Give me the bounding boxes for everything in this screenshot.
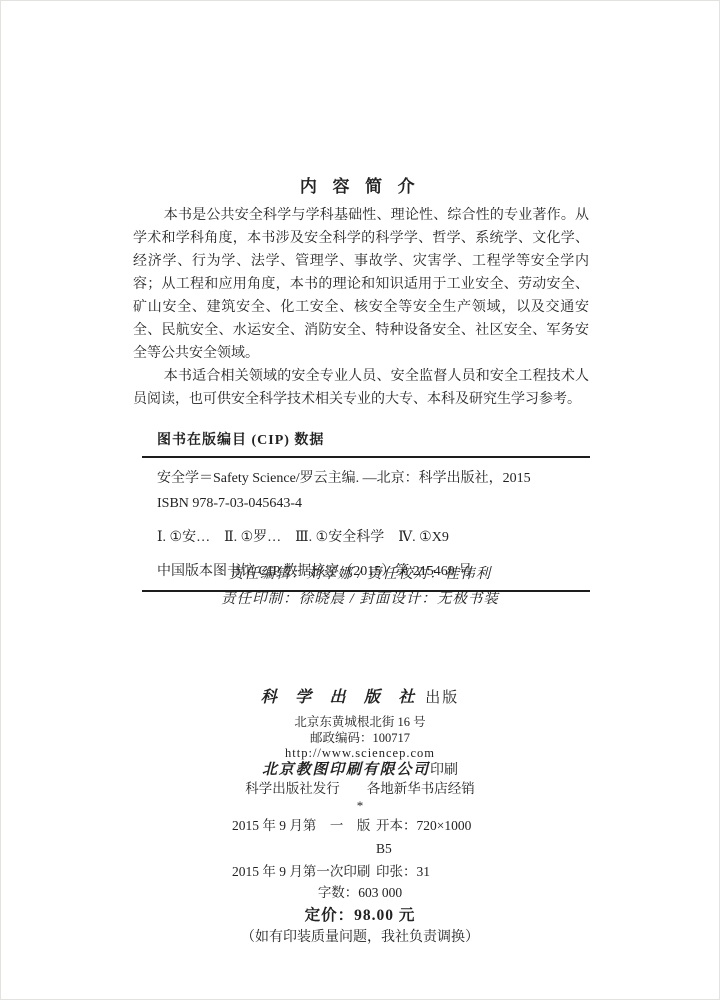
colophon-rows: 2015 年 9 月第 一 版 开本：720×1000 B5 2015 年 9 … [232,814,488,883]
word-count: 字数：603 000 [1,883,719,902]
publisher-url: http://www.sciencep.com [1,746,719,761]
printing-row: 2015 年 9 月第一次印刷 印张：31 [232,860,488,883]
printer-line: 北京教图印刷有限公司印刷 [1,762,719,779]
cip-title-line: 安全学＝Safety Science/罗云主编. —北京：科学出版社，2015 [157,467,590,487]
publisher-colophon-block: 科 学 出 版 社 出版 北京东黄城根北街 16 号 邮政编码：100717 h… [1,688,719,947]
printing-date: 2015 年 9 月第一次印刷 [232,860,376,883]
publisher-postcode: 邮政编码：100717 [1,730,719,746]
distribution-line: 科学出版社发行 各地新华书店经销 [1,780,719,797]
cip-rule-top [142,456,590,458]
cip-heading: 图书在版编目 (CIP) 数据 [157,429,590,449]
format-spec: 开本：720×1000 B5 [376,814,488,860]
separator-star: * [1,799,719,812]
intro-body: 本书是公共安全科学与学科基础性、理论性、综合性的专业著作。从学术和学科角度，本书… [133,204,589,411]
printer-suffix: 印刷 [430,763,458,778]
cip-classification-line: Ⅰ. ①安… Ⅱ. ①罗… Ⅲ. ①安全科学 Ⅳ. ①X9 [157,526,590,546]
intro-title: 内 容 简 介 [1,172,719,197]
credits-block: 责任编辑：刘翠娜 / 责任校对：桂伟利 责任印制：徐晓晨 / 封面设计：无极书装 [1,562,719,612]
publisher-address: 北京东黄城根北街 16 号 [1,714,719,730]
price: 定价：98.00 元 [1,906,719,925]
sheet-count: 印张：31 [376,860,488,883]
intro-paragraph-1: 本书是公共安全科学与学科基础性、理论性、综合性的专业著作。从学术和学科角度，本书… [133,204,589,365]
printer-name-script: 北京教图印刷有限公司 [262,762,430,778]
publisher-name-suffix: 出版 [425,690,459,706]
book-copyright-page: 内 容 简 介 本书是公共安全科学与学科基础性、理论性、综合性的专业著作。从学术… [0,0,720,1000]
publisher-name-script: 科 学 出 版 社 [261,689,422,706]
quality-note: （如有印装质量问题，我社负责调换） [1,929,719,947]
cip-isbn-line: ISBN 978-7-03-045643-4 [157,496,590,512]
credits-print-design-line: 责任印制：徐晓晨 / 封面设计：无极书装 [1,587,719,612]
credits-editor-line: 责任编辑：刘翠娜 / 责任校对：桂伟利 [1,562,719,587]
intro-paragraph-2: 本书适合相关领域的安全专业人员、安全监督人员和安全工程技术人员阅读，也可供安全科… [133,365,589,411]
edition-date: 2015 年 9 月第 一 版 [232,814,376,860]
publisher-name-line: 科 学 出 版 社 出版 [1,688,719,708]
edition-row: 2015 年 9 月第 一 版 开本：720×1000 B5 [232,814,488,860]
